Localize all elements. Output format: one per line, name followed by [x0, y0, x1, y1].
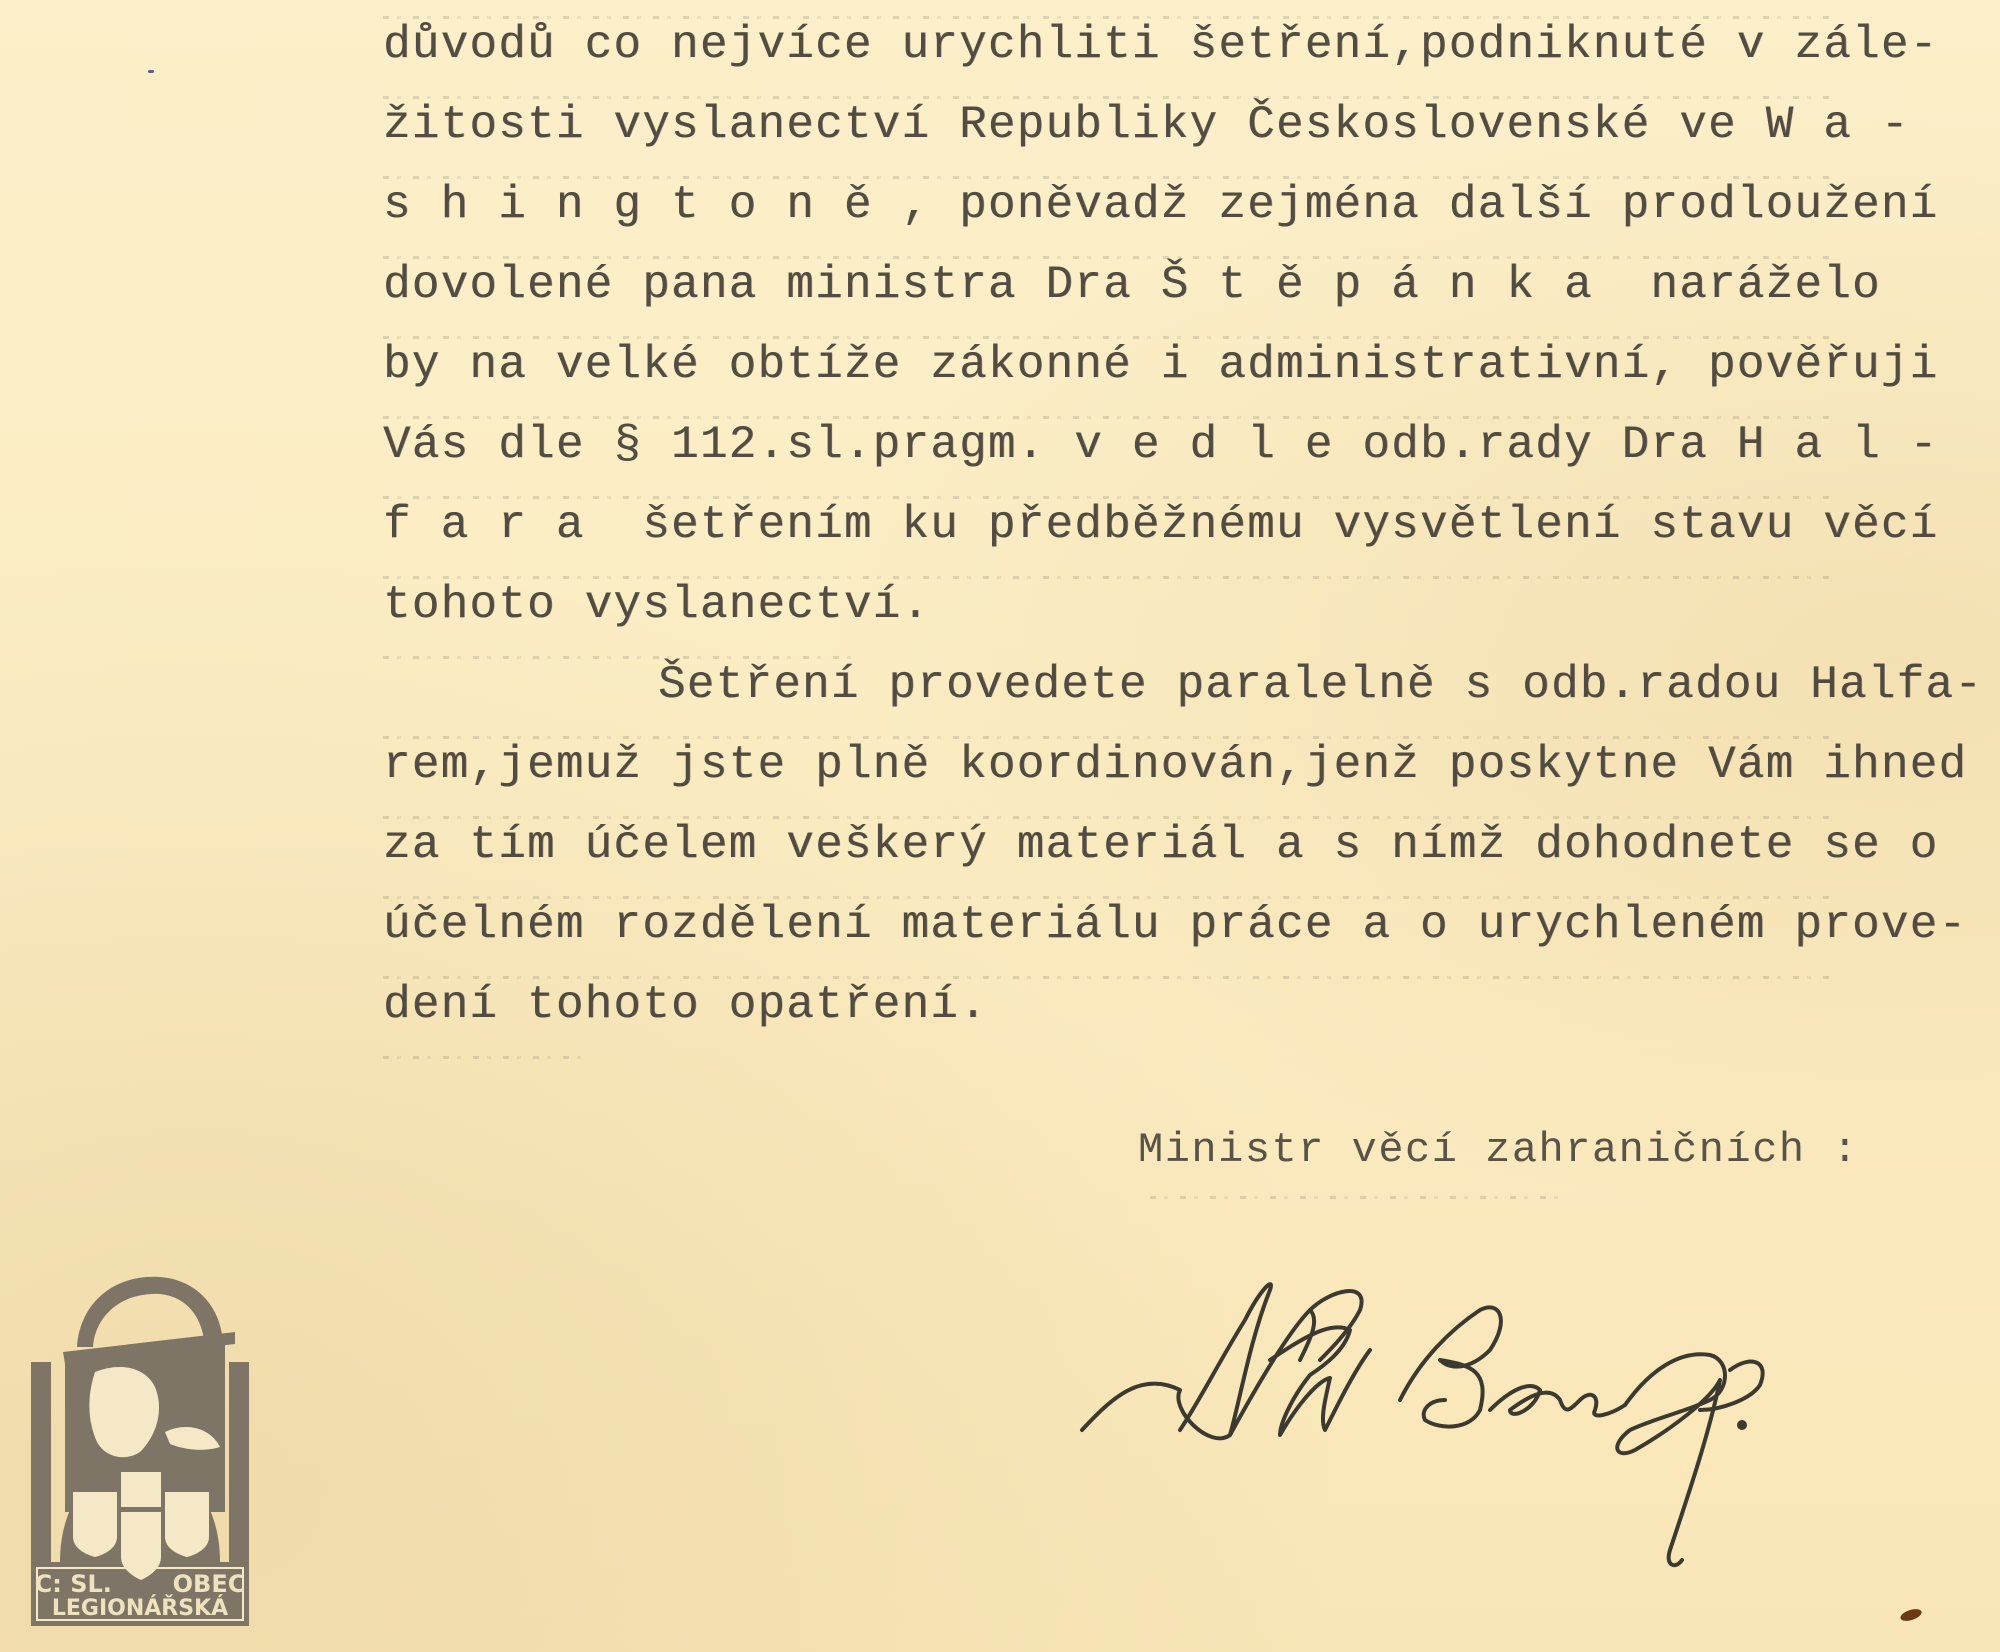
text-line: dení tohoto opatření.: [383, 982, 988, 1028]
text-line: důvodů co nejvíce urychliti šetření,podn…: [383, 22, 1938, 68]
text-line: tohoto vyslanectví.: [383, 582, 930, 628]
text-line: s h i n g t o n ě , poněvadž zejména dal…: [383, 182, 1938, 228]
text-line: žitosti vyslanectví Republiky Českoslove…: [383, 102, 1910, 148]
logo-text-line2: LEGIONÁŘSKÁ: [25, 1596, 255, 1621]
text-line: za tím účelem veškerý materiál a s nímž …: [383, 822, 1938, 868]
handwritten-signature: [1070, 1250, 1930, 1590]
faint-impression: [383, 1056, 583, 1059]
logo-text-right: OBEC: [173, 1570, 246, 1598]
text-line: účelném rozdělení materiálu práce a o ur…: [383, 902, 1967, 948]
logo-text-line1: C: SL. OBEC: [25, 1570, 255, 1598]
text-line: f a r a šetřením ku předběžnému vysvětle…: [383, 502, 1938, 548]
text-line: dovolené pana ministra Dra Š t ě p á n k…: [383, 262, 1881, 308]
text-line-indented: Šetření provedete paralelně s odb.radou …: [658, 662, 1983, 708]
text-line: rem,jemuž jste plně koordinován,jenž pos…: [383, 742, 1967, 788]
document-page: důvodů co nejvíce urychliti šetření,podn…: [0, 0, 2000, 1652]
logo-text-left: C: SL.: [35, 1570, 112, 1598]
text-line: Vás dle § 112.sl.pragm. v e d l e odb.ra…: [383, 422, 1938, 468]
ink-stain: [1899, 1607, 1923, 1623]
legion-logo: C: SL. OBEC LEGIONÁŘSKÁ: [25, 1262, 255, 1630]
closing-title: Ministr věcí zahraničních :: [1138, 1126, 1859, 1174]
text-line: by na velké obtíže zákonné i administrat…: [383, 342, 1938, 388]
ink-speck: [148, 70, 154, 73]
faint-impression: [1150, 1196, 1570, 1199]
